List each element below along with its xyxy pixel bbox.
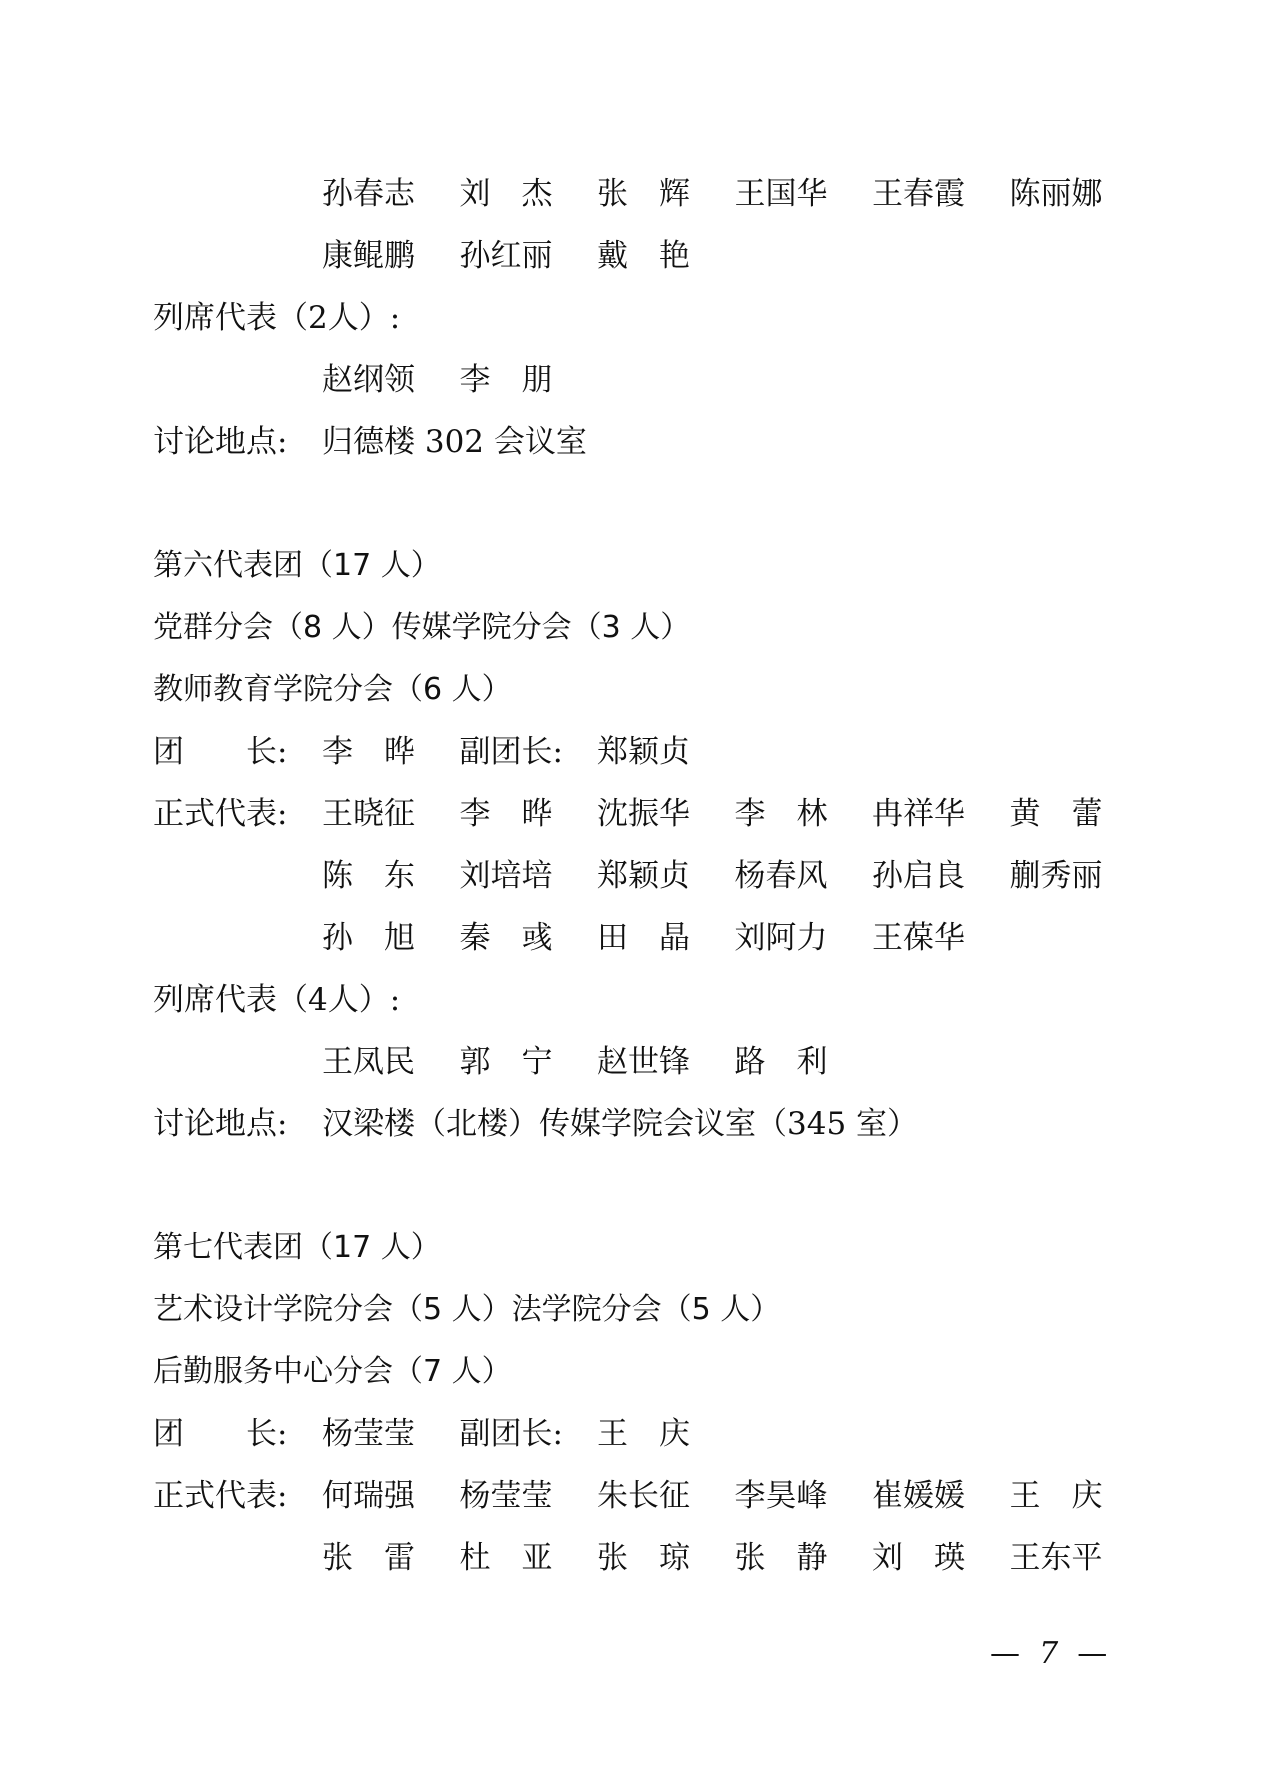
reps-label: 正式代表:	[153, 783, 322, 845]
location-value: 归德楼 302 会议室	[322, 424, 587, 460]
delegation-subtitle: 艺术设计学院分会（5 人）法学院分会（5 人）	[153, 1279, 1113, 1341]
deputy-label: 副团长:	[460, 721, 598, 783]
rep-name: 陈丽娜	[1010, 163, 1148, 225]
page-number-value: 7	[1039, 1636, 1058, 1671]
attending-name: 李 朋	[460, 349, 598, 411]
rep-name: 刘 杰	[460, 163, 598, 225]
rep-name: 康鲲鹏	[322, 225, 460, 287]
rep-name: 王东平	[1010, 1527, 1148, 1589]
leader-row: 团 长: 李 晔 副团长: 郑颖贞	[153, 721, 1113, 783]
document-page: 孙春志 刘 杰 张 辉 王国华 王春霞 陈丽娜 康鲲鹏 孙红丽 戴 艳 列席代表…	[153, 163, 1113, 1589]
rep-name: 张 琼	[597, 1527, 735, 1589]
rep-name: 孙红丽	[460, 225, 598, 287]
leader-label: 团 长:	[153, 721, 322, 783]
leader-row: 团 长: 杨莹莹 副团长: 王 庆	[153, 1403, 1113, 1465]
page-number: — 7 —	[990, 1636, 1107, 1671]
rep-name: 黄 蕾	[1010, 783, 1148, 845]
delegation-title: 第六代表团（17 人）	[153, 535, 1113, 597]
rep-name: 崔媛媛	[872, 1465, 1010, 1527]
rep-name: 沈振华	[597, 783, 735, 845]
rep-name: 田 晶	[597, 907, 735, 969]
attending-label: 列席代表（2人）:	[153, 300, 400, 336]
leader-name: 杨莹莹	[322, 1403, 460, 1465]
rep-name: 刘阿力	[735, 907, 873, 969]
rep-row: 正式代表: 王晓征 李 晔 沈振华 李 林 冉祥华 黄 蕾	[153, 783, 1113, 845]
rep-row: 孙 旭 秦 彧 田 晶 刘阿力 王葆华	[153, 907, 1113, 969]
rep-name: 陈 东	[322, 845, 460, 907]
rep-name: 朱长征	[597, 1465, 735, 1527]
reps-label: 正式代表:	[153, 1465, 322, 1527]
delegation-subtitle: 后勤服务中心分会（7 人）	[153, 1341, 1113, 1403]
rep-name: 李昊峰	[735, 1465, 873, 1527]
attending-row: 王凤民 郭 宁 赵世锋 路 利	[153, 1031, 1113, 1093]
leader-name: 李 晔	[322, 721, 460, 783]
rep-name: 王晓征	[322, 783, 460, 845]
attending-name: 王凤民	[322, 1031, 460, 1093]
rep-name: 王国华	[735, 163, 873, 225]
rep-name: 李 晔	[460, 783, 598, 845]
rep-name: 孙 旭	[322, 907, 460, 969]
rep-name: 张 辉	[597, 163, 735, 225]
page-dash-left: —	[990, 1636, 1020, 1671]
deputy-label: 副团长:	[460, 1403, 598, 1465]
deputy-name: 王 庆	[597, 1403, 735, 1465]
rep-row: 孙春志 刘 杰 张 辉 王国华 王春霞 陈丽娜	[153, 163, 1113, 225]
delegation-title: 第七代表团（17 人）	[153, 1217, 1113, 1279]
attending-label-row: 列席代表（2人）:	[153, 287, 1113, 349]
rep-name: 何瑞强	[322, 1465, 460, 1527]
rep-name: 杨莹莹	[460, 1465, 598, 1527]
rep-name: 王春霞	[872, 163, 1010, 225]
rep-name: 杜 亚	[460, 1527, 598, 1589]
location-label: 讨论地点:	[153, 1093, 322, 1155]
attending-row: 赵纲领 李 朋	[153, 349, 1113, 411]
rep-name: 杨春风	[735, 845, 873, 907]
rep-name: 王葆华	[872, 907, 1010, 969]
rep-row: 正式代表: 何瑞强 杨莹莹 朱长征 李昊峰 崔媛媛 王 庆	[153, 1465, 1113, 1527]
rep-row: 陈 东 刘培培 郑颖贞 杨春风 孙启良 蒯秀丽	[153, 845, 1113, 907]
location-value: 汉梁楼（北楼）传媒学院会议室（345 室）	[322, 1106, 918, 1142]
rep-name: 王 庆	[1010, 1465, 1148, 1527]
page-dash-right: —	[1077, 1636, 1107, 1671]
spacer	[153, 473, 1113, 535]
rep-name: 李 林	[735, 783, 873, 845]
rep-name: 郑颖贞	[597, 845, 735, 907]
location-row: 讨论地点:汉梁楼（北楼）传媒学院会议室（345 室）	[153, 1093, 1113, 1155]
rep-name: 孙春志	[322, 163, 460, 225]
rep-name: 秦 彧	[460, 907, 598, 969]
rep-name: 张 静	[735, 1527, 873, 1589]
rep-name: 张 雷	[322, 1527, 460, 1589]
location-row: 讨论地点:归德楼 302 会议室	[153, 411, 1113, 473]
rep-name: 孙启良	[872, 845, 1010, 907]
leader-label: 团 长:	[153, 1403, 322, 1465]
delegation-subtitle: 教师教育学院分会（6 人）	[153, 659, 1113, 721]
rep-name: 刘 瑛	[872, 1527, 1010, 1589]
attending-name: 路 利	[735, 1031, 873, 1093]
attending-name: 赵纲领	[322, 349, 460, 411]
attending-label-row: 列席代表（4人）:	[153, 969, 1113, 1031]
attending-label: 列席代表（4人）:	[153, 982, 400, 1018]
rep-name: 冉祥华	[872, 783, 1010, 845]
rep-name: 蒯秀丽	[1010, 845, 1148, 907]
spacer	[153, 1155, 1113, 1217]
attending-name: 赵世锋	[597, 1031, 735, 1093]
rep-row: 张 雷 杜 亚 张 琼 张 静 刘 瑛 王东平	[153, 1527, 1113, 1589]
location-label: 讨论地点:	[153, 411, 322, 473]
rep-name: 刘培培	[460, 845, 598, 907]
delegation-subtitle: 党群分会（8 人）传媒学院分会（3 人）	[153, 597, 1113, 659]
attending-name: 郭 宁	[460, 1031, 598, 1093]
deputy-name: 郑颖贞	[597, 721, 735, 783]
rep-row: 康鲲鹏 孙红丽 戴 艳	[153, 225, 1113, 287]
rep-name: 戴 艳	[597, 225, 735, 287]
